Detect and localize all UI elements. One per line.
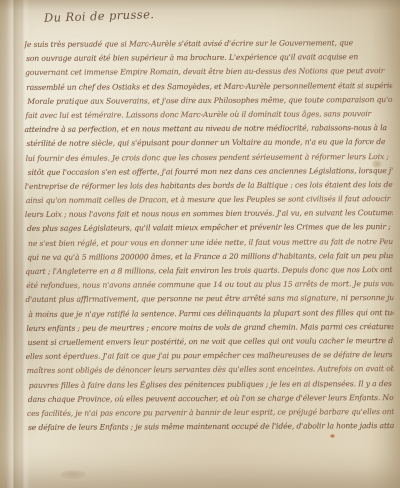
paper-crease <box>0 0 400 10</box>
manuscript-line: des plus sages Législateurs, qu'il valai… <box>27 220 393 236</box>
manuscript-line: à moins que je n'aye ratifié la sentence… <box>28 306 393 322</box>
manuscript-line: lui fournir des émules. Je crois donc qu… <box>26 150 393 166</box>
letter-body: Je suis très persuadé que si Marc-Aurèle… <box>24 36 394 435</box>
manuscript-line: rassemblé un chef des Ostiaks et des Sam… <box>26 79 392 95</box>
ink-stain <box>330 434 335 438</box>
manuscript-line: maîtres sont obligés de dénoncer leurs s… <box>27 362 394 378</box>
letter-scan: Du Roi de prusse. Je suis très persuadé … <box>0 0 400 488</box>
paper-crease <box>6 0 20 488</box>
manuscript-line: pauvres filles à faire dans les Églises … <box>29 377 394 393</box>
manuscript-line: gouvernant cet immense Empire Romain, de… <box>25 64 392 80</box>
manuscript-line: stérilité de notre siècle, qui s'épuisan… <box>26 135 392 151</box>
ink-stain <box>60 470 86 479</box>
letter-heading: Du Roi de prusse. <box>44 7 155 25</box>
manuscript-line: d'autant plus affirmativement, que perso… <box>25 291 393 307</box>
manuscript-line: se défaire de leurs Enfants ; je suis mê… <box>28 419 394 435</box>
